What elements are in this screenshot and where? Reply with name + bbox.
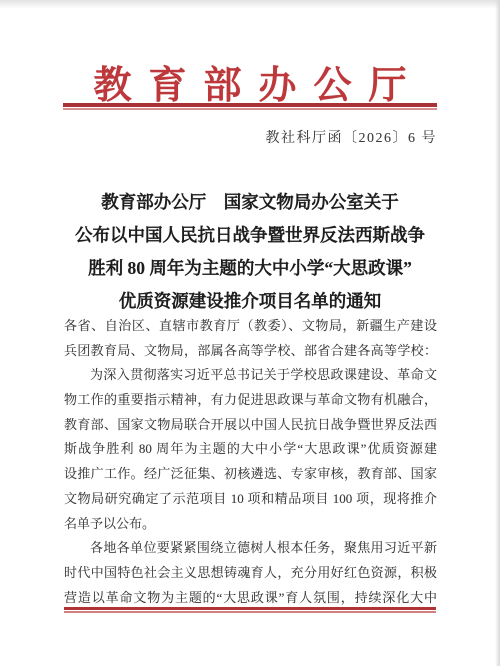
document-number: 教社科厅函〔2026〕6 号 xyxy=(266,127,438,147)
header-divider-thin-line xyxy=(63,108,437,110)
body-line: 文物局研究确定了示范项目 10 项和精品项目 100 项，现将推介 xyxy=(64,487,437,512)
header-divider xyxy=(63,103,437,110)
document-page: 教育部办公厅 教社科厅函〔2026〕6 号 教育部办公厅 国家文物局办公室关于 … xyxy=(0,0,500,666)
notice-body: 各省、自治区、直辖市教育厅（教委）、文物局，新疆生产建设 兵团教育局、文物局，部… xyxy=(64,314,437,610)
agency-masthead: 教育部办公厅 xyxy=(0,54,500,109)
body-line: 为深入贯彻落实习近平总书记关于学校思政课建设、革命文 xyxy=(64,363,437,388)
body-line: 教育部、国家文物局联合开展以中国人民抗日战争暨世界反法西 xyxy=(64,413,437,438)
page-bottom-divider-thin-line xyxy=(64,611,436,613)
body-line: 设推广工作。经广泛征集、初核遴选、专家审核，教育部、国家 xyxy=(64,462,437,487)
page-bottom-divider xyxy=(64,607,436,613)
body-line: 各地各单位要紧紧围绕立德树人根本任务，聚焦用习近平新 xyxy=(64,536,437,561)
scan-edge-top xyxy=(0,0,500,8)
notice-title-line: 公布以中国人民抗日战争暨世界反法西斯战争 xyxy=(0,219,500,252)
body-line: 斯战争胜利 80 周年为主题的大中小学“大思政课”优质资源建 xyxy=(64,437,437,462)
notice-title-line: 教育部办公厅 国家文物局办公室关于 xyxy=(0,186,500,219)
notice-title: 教育部办公厅 国家文物局办公室关于 公布以中国人民抗日战争暨世界反法西斯战争 胜… xyxy=(0,186,500,318)
notice-title-line: 胜利 80 周年为主题的大中小学“大思政课” xyxy=(0,252,500,285)
body-line: 各省、自治区、直辖市教育厅（教委）、文物局，新疆生产建设 xyxy=(64,314,437,339)
body-line: 兵团教育局、文物局，部属各高等学校、部省合建各高等学校： xyxy=(64,339,437,364)
body-line: 时代中国特色社会主义思想铸魂育人，充分用好红色资源，积极 xyxy=(64,561,437,586)
body-line: 物工作的重要指示精神，有力促进思政课与革命文物有机融合， xyxy=(64,388,437,413)
body-line: 名单予以公布。 xyxy=(64,512,437,537)
